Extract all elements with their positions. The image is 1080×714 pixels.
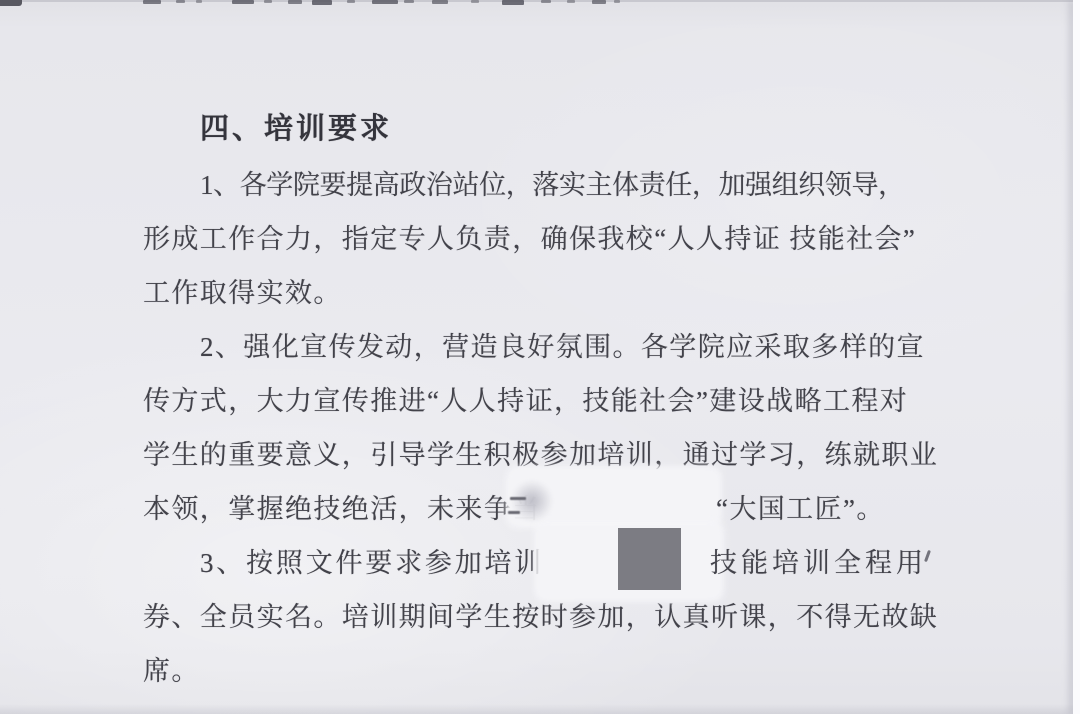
scanned-document-page: 四、培训要求 1、各学院要提高政治站位，落实主体责任，加强组织领导， 形成工作合… xyxy=(0,0,1080,714)
cut-text-fragment xyxy=(196,0,202,3)
scan-right-edge-strip xyxy=(1073,0,1080,714)
body-line: 形成工作合力，指定专人负责，确保我校“人人持证 技能社会” xyxy=(143,222,916,256)
body-line: 本领，掌握绝技绝活，未来争当 xyxy=(143,492,541,526)
redaction-smudge xyxy=(503,472,561,530)
cut-text-fragment xyxy=(312,0,332,5)
cut-text-fragment xyxy=(372,0,398,4)
cut-text-fragment xyxy=(288,0,302,4)
section-heading: 四、培训要求 xyxy=(200,106,392,147)
cut-text-fragment xyxy=(471,0,479,3)
redaction-box xyxy=(618,528,681,590)
partial-character-remnant xyxy=(510,497,526,500)
top-left-corner-mark xyxy=(0,0,22,6)
page-top-edge xyxy=(0,0,1080,2)
cut-text-fragment xyxy=(143,0,161,4)
body-line: 席。 xyxy=(143,654,200,688)
cut-text-fragment xyxy=(592,0,606,4)
body-line-after-redaction: “大国工匠”。 xyxy=(716,492,885,526)
cut-text-fragment xyxy=(541,0,551,3)
cut-text-fragment xyxy=(176,0,185,3)
cut-text-fragment xyxy=(567,0,575,3)
body-line: 券、全员实名。培训期间学生按时参加，认真听课，不得无故缺 xyxy=(143,600,938,634)
body-line-after-redaction: 技能培训全程用 xyxy=(710,546,927,580)
body-line: 2、强化宣传发动，营造良好氛围。各学院应采取多样的宣 xyxy=(200,330,925,364)
partial-character-remnant xyxy=(508,511,520,514)
body-line: 3、按照文件要求参加培训 xyxy=(200,546,544,580)
cut-text-fragment xyxy=(347,0,355,3)
cut-text-fragment xyxy=(264,0,272,3)
body-line: 1、各学院要提高政治站位，落实主体责任，加强组织领导， xyxy=(200,168,905,202)
cut-text-fragment xyxy=(432,0,448,4)
cut-text-fragment xyxy=(232,0,254,4)
cut-text-fragment xyxy=(614,0,620,3)
body-line: 工作取得实效。 xyxy=(143,276,342,310)
cut-text-fragment xyxy=(404,0,414,3)
body-line: 传方式，大力宣传推进“人人持证，技能社会”建设战略工程对 xyxy=(143,384,908,418)
cut-text-fragment xyxy=(502,0,524,5)
